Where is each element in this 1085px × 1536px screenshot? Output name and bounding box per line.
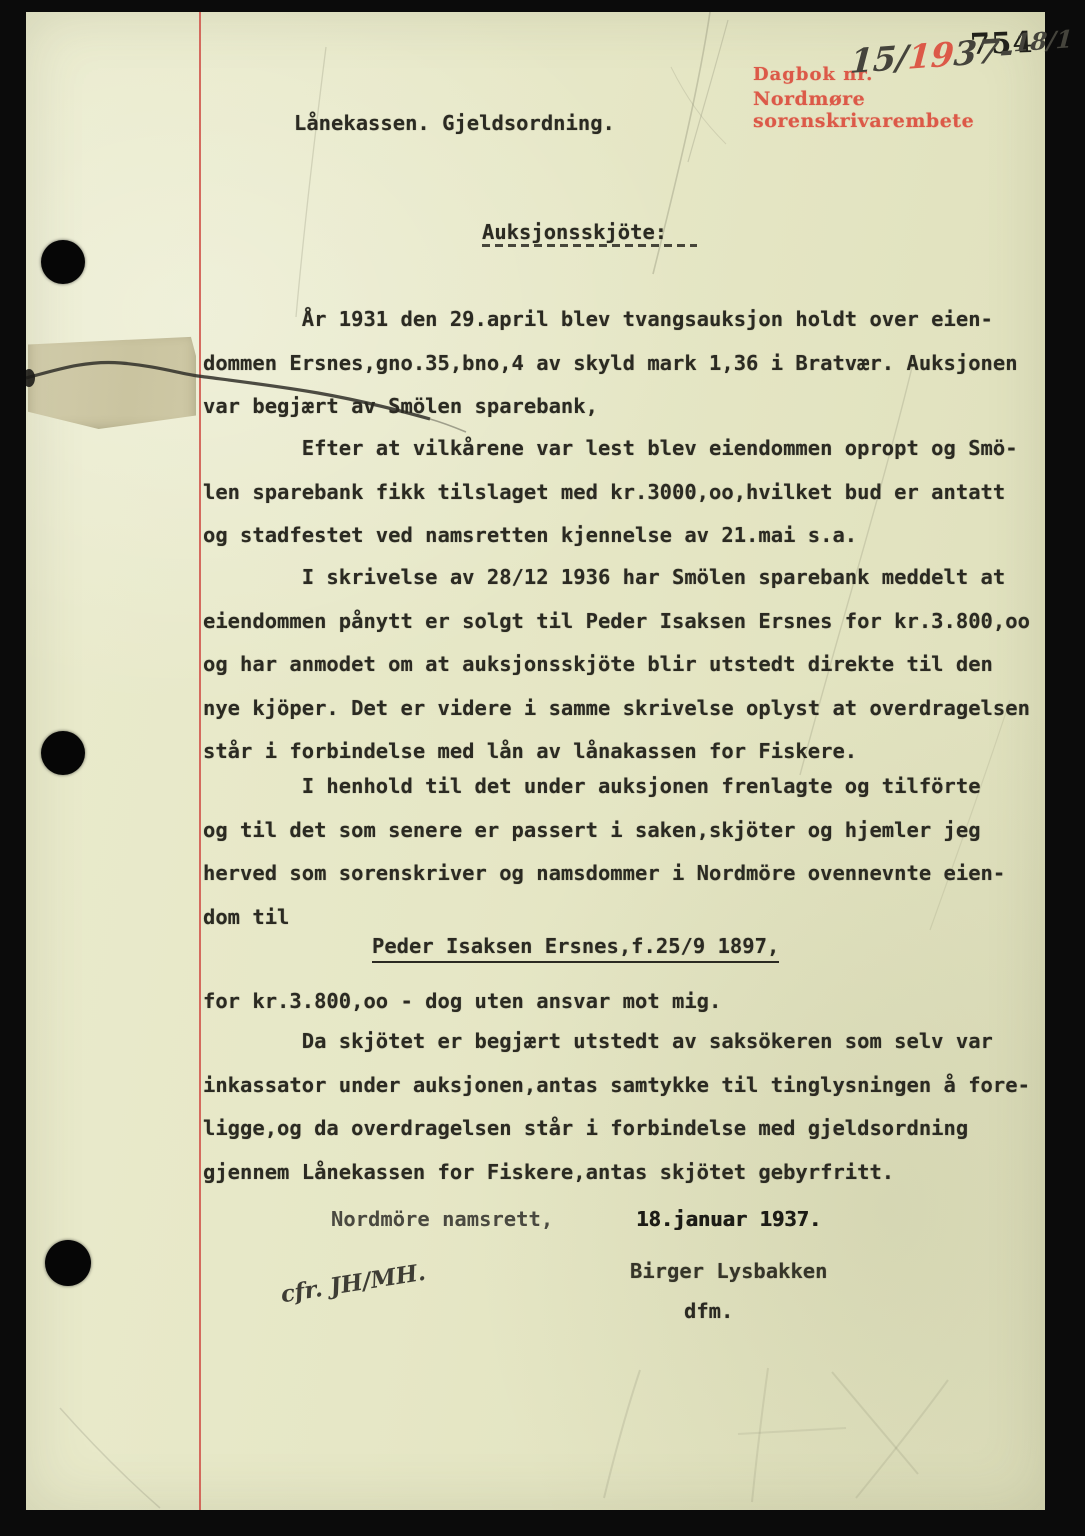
- red-margin-rule: [199, 12, 201, 1510]
- journal-part3: 37-: [953, 30, 1015, 73]
- grantee-name-line: Peder Isaksen Ersnes,f.25/9 1897,: [372, 933, 779, 963]
- handwritten-journal-number: 15/1937-18/1: [849, 26, 1074, 81]
- handwritten-initials-annotation: cfr. JH/MH.: [279, 1259, 428, 1309]
- signoff-place: Nordmöre namsrett,: [331, 1198, 553, 1242]
- document-title: Lånekassen. Gjeldsordning.: [294, 102, 615, 146]
- punch-hole-top: [41, 240, 85, 284]
- deed-heading: Auksjonsskjöte:: [482, 211, 667, 255]
- signature-name: Birger Lysbakken: [630, 1250, 827, 1294]
- paragraph-conveyance: I henhold til det under auksjonen frenla…: [203, 765, 1005, 939]
- scanned-document-background: { "document": { "page_number": "754", "s…: [0, 0, 1085, 1536]
- heading-underline: [482, 244, 697, 247]
- document-page: 754 Dagbok nr. 15/1937-18/1 Nordmøre sor…: [26, 12, 1045, 1510]
- punch-hole-middle: [41, 731, 85, 775]
- paragraph-resale-notice: I skrivelse av 28/12 1936 har Smölen spa…: [203, 556, 1030, 774]
- tape-repair-patch: [28, 333, 196, 429]
- price-line: for kr.3.800,oo - dog uten ansvar mot mi…: [203, 980, 721, 1024]
- paragraph-bid-accepted: Efter at vilkårene var lest blev eiendom…: [203, 427, 1018, 558]
- punch-hole-bottom: [45, 1240, 91, 1286]
- paragraph-fee-exemption: Da skjötet er begjært utstedt av saksöke…: [203, 1020, 1030, 1194]
- journal-part1: 15/: [849, 38, 910, 81]
- journal-part4: 18/1: [1013, 24, 1074, 57]
- journal-part2-red: 19: [907, 34, 956, 76]
- court-office-stamp: Nordmøre sorenskrivarembete: [753, 88, 1045, 132]
- signoff-date: 18.januar 1937.: [636, 1198, 821, 1242]
- signature-title: dfm.: [684, 1290, 733, 1334]
- paragraph-auction-held: År 1931 den 29.april blev tvangsauksjon …: [203, 298, 1018, 429]
